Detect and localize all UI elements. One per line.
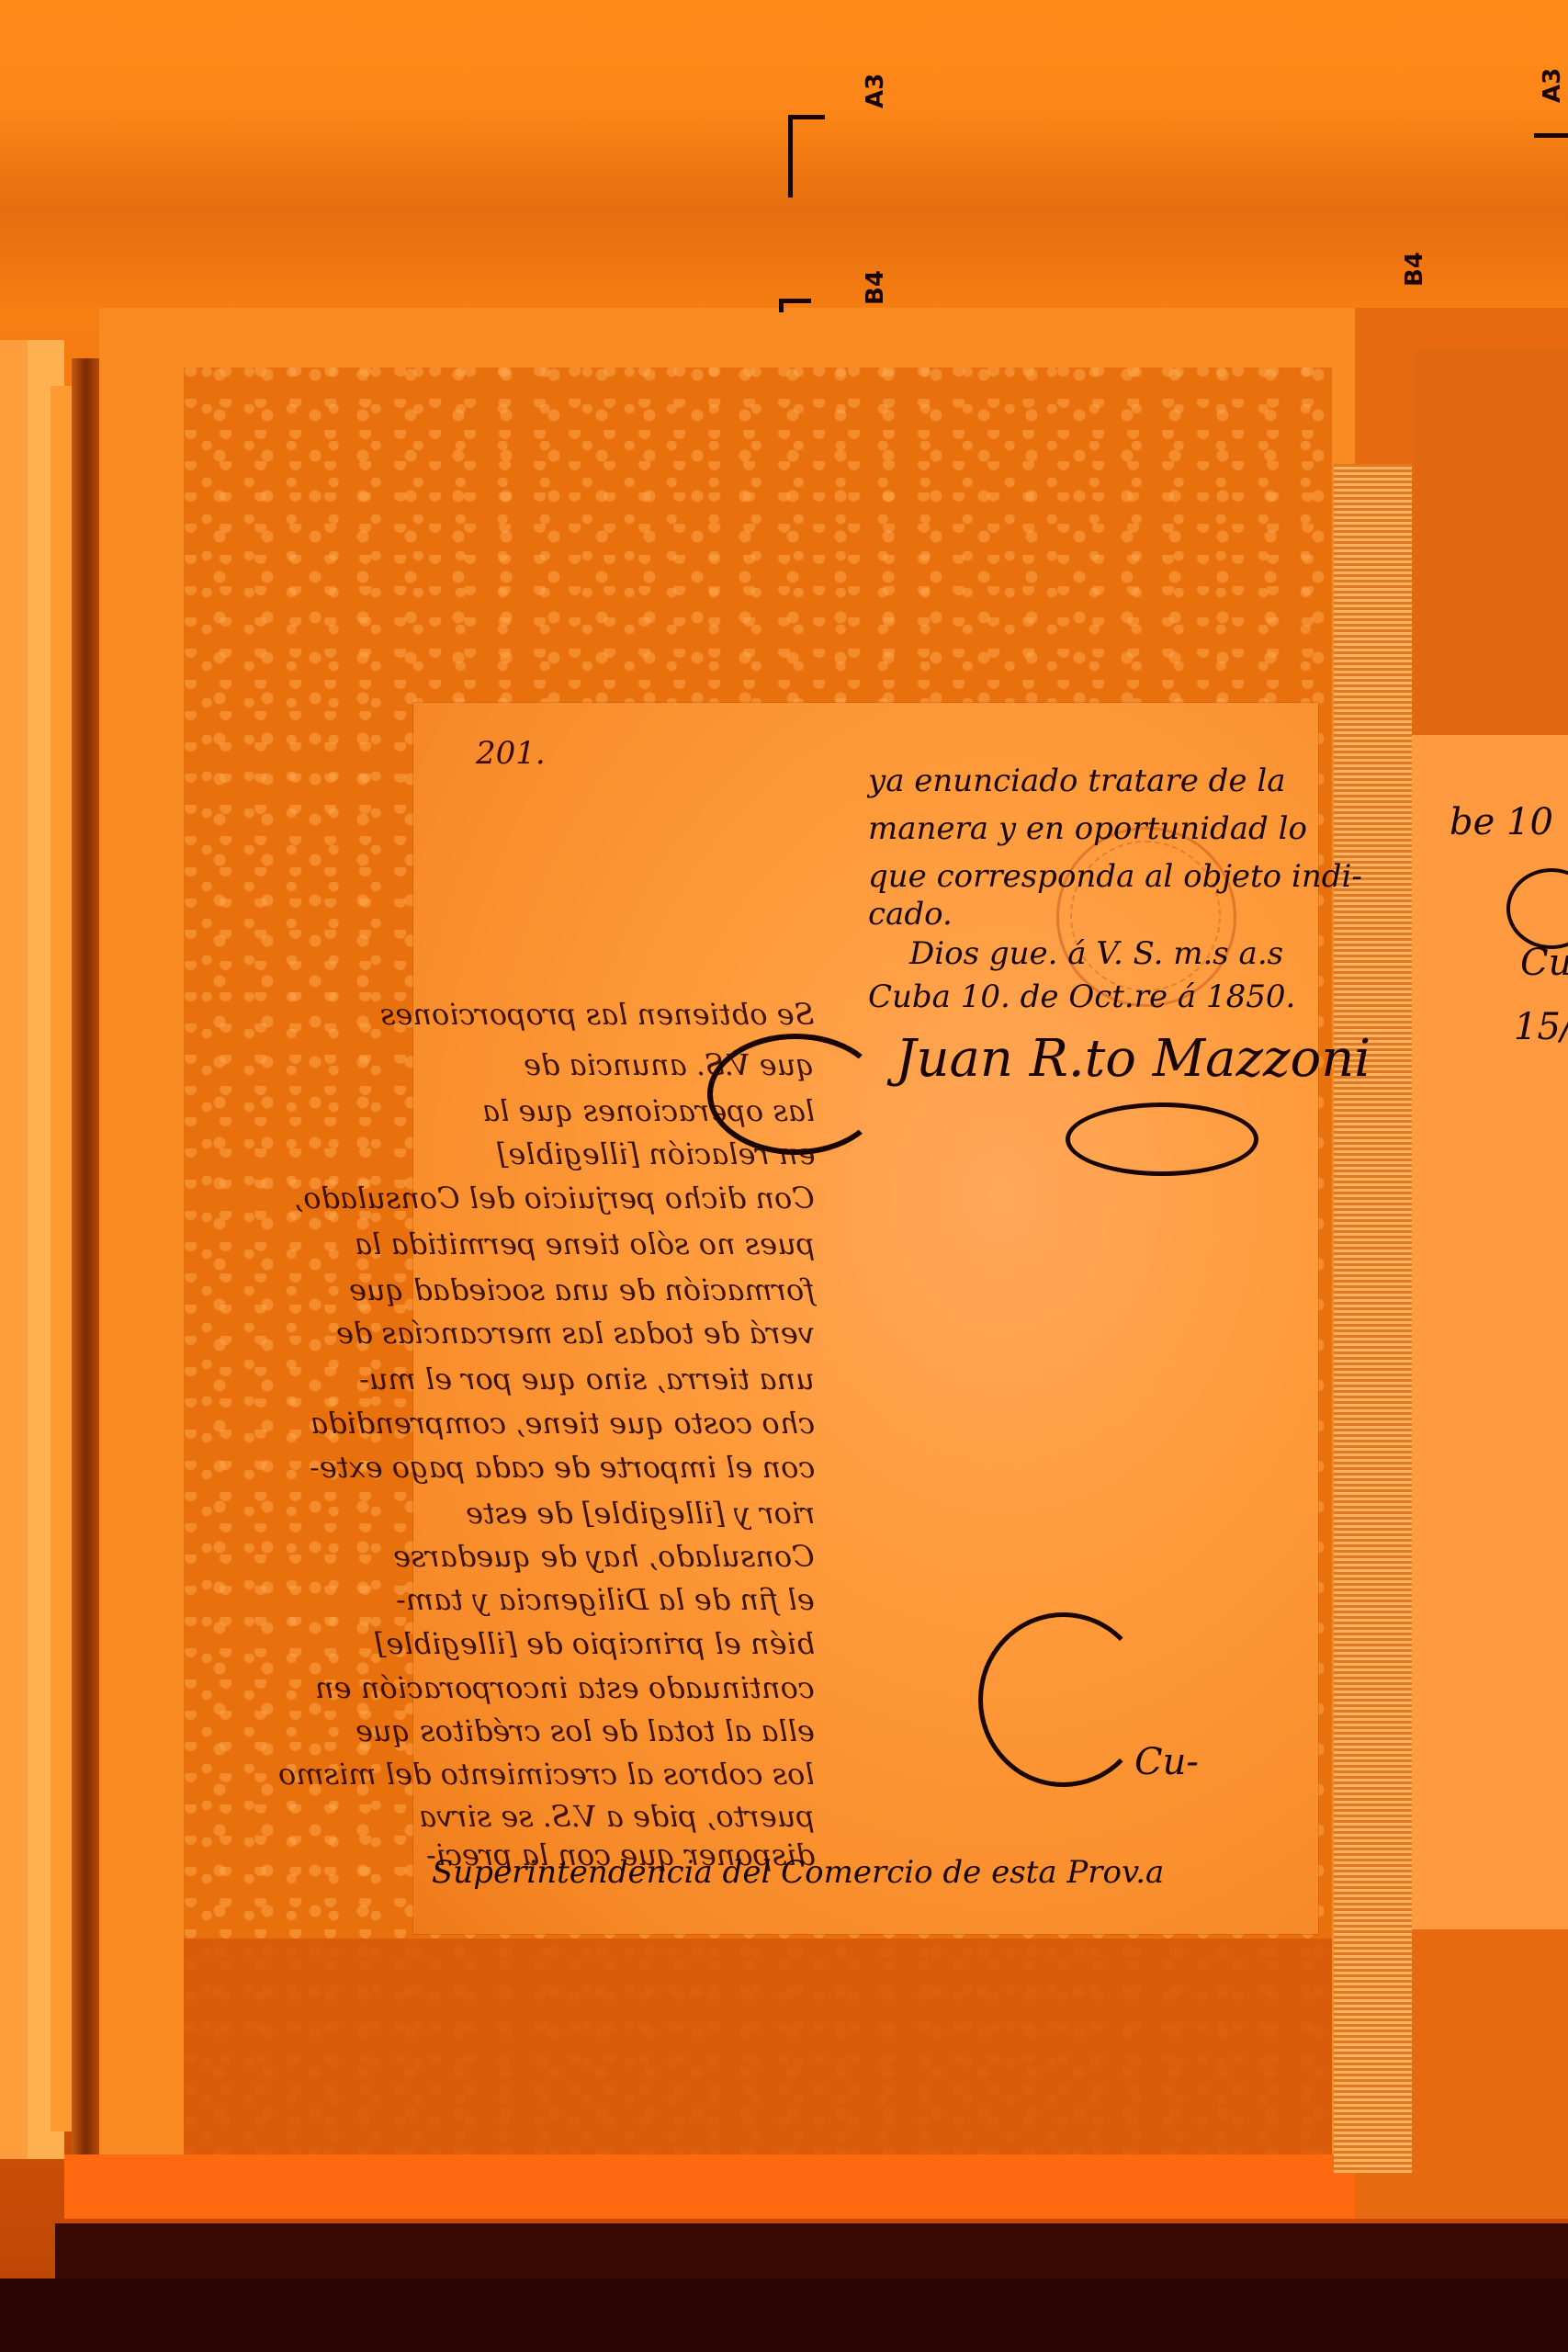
bleed-through-line: bién el principio de [illegible] — [375, 1626, 815, 1661]
marker-a3-left: A3 — [862, 73, 889, 108]
letter-address-line: Superintendencia del Comercio de esta Pr… — [432, 1854, 1164, 1891]
background-shadow — [0, 110, 1568, 312]
registration-tick — [788, 115, 793, 198]
bleed-through-line: rior y [illegible] de este — [466, 1496, 815, 1531]
closing-mark: Cu- — [1134, 1741, 1199, 1783]
letter-line: manera y en oportunidad lo — [868, 810, 1307, 847]
embossed-backing-lower — [184, 1939, 1332, 2168]
adjacent-fragment: Cu — [1520, 942, 1568, 984]
registration-tick — [779, 299, 784, 312]
bleed-through-line: con el importe de cada pago exte- — [310, 1450, 815, 1485]
bleed-through-line: continuado esta incorporación en — [315, 1670, 815, 1705]
letter-line: cado. — [868, 896, 953, 933]
letter-date: Cuba 10. de Oct.re á 1850. — [868, 978, 1295, 1015]
bleed-through-line: formación de una sociedad que — [349, 1272, 815, 1307]
marker-b4-left: B4 — [862, 270, 889, 305]
bleed-through-line: verá de todas las mercancías de — [336, 1316, 815, 1351]
bleed-through-line: Consulado, hay de quedarse — [393, 1539, 815, 1574]
bleed-through-line: el fin de la Diligencia y tam- — [396, 1582, 815, 1617]
bleed-through-line: en relación [illegible] — [497, 1136, 815, 1171]
adjacent-embossed-backing — [1415, 349, 1568, 735]
registration-tick — [788, 115, 825, 119]
bleed-through-line: una tierra, sino que por el mu- — [359, 1362, 815, 1396]
letter-closing: Dios gue. á V. S. m.s a.s — [909, 935, 1283, 972]
bleed-through-line: pues no sólo tiene permitida la — [355, 1227, 815, 1261]
binding-spine — [72, 358, 99, 2168]
bleed-through-line: Se obtienen las proporciones — [380, 997, 815, 1032]
bleed-through-line: las operaciones que la — [482, 1093, 815, 1128]
marker-b4-right: B4 — [1401, 252, 1428, 287]
gauze-hinge-strip — [1334, 464, 1412, 2173]
bleed-through-line: cho costo que tiene, comprendida — [310, 1406, 815, 1441]
folio-number: 201. — [476, 735, 546, 772]
letter-line: que corresponda al objeto indi- — [868, 858, 1362, 895]
mount-board-edge — [64, 2154, 1369, 2219]
marker-a3-right: A3 — [1539, 68, 1566, 103]
bleed-through-line: ella al total de los créditos que — [355, 1713, 815, 1748]
letter-line: ya enunciado tratare de la — [868, 763, 1285, 799]
bleed-through-line: Con dicho perjuicio del Consulado, — [294, 1181, 815, 1216]
signature-flourish — [1066, 1102, 1258, 1176]
bleed-through-line: que V.S. anuncia de — [524, 1047, 815, 1082]
adjacent-fragment: be 10 — [1450, 801, 1553, 843]
base-dark — [0, 2278, 1568, 2352]
large-c-flourish — [978, 1612, 1148, 1787]
page-stack-edge — [51, 386, 73, 2131]
adjacent-fraction: 15/9 — [1514, 1006, 1568, 1048]
bleed-through-line: los cobros al crecimiento del mismo — [278, 1757, 815, 1792]
page-stack-edge — [0, 340, 28, 2159]
registration-tick — [1534, 133, 1568, 138]
registration-tick — [779, 299, 811, 303]
signature: Juan R.to Mazzoni — [896, 1029, 1371, 1089]
bleed-through-line: puerto, pide a V.S. se sirva — [419, 1799, 815, 1834]
